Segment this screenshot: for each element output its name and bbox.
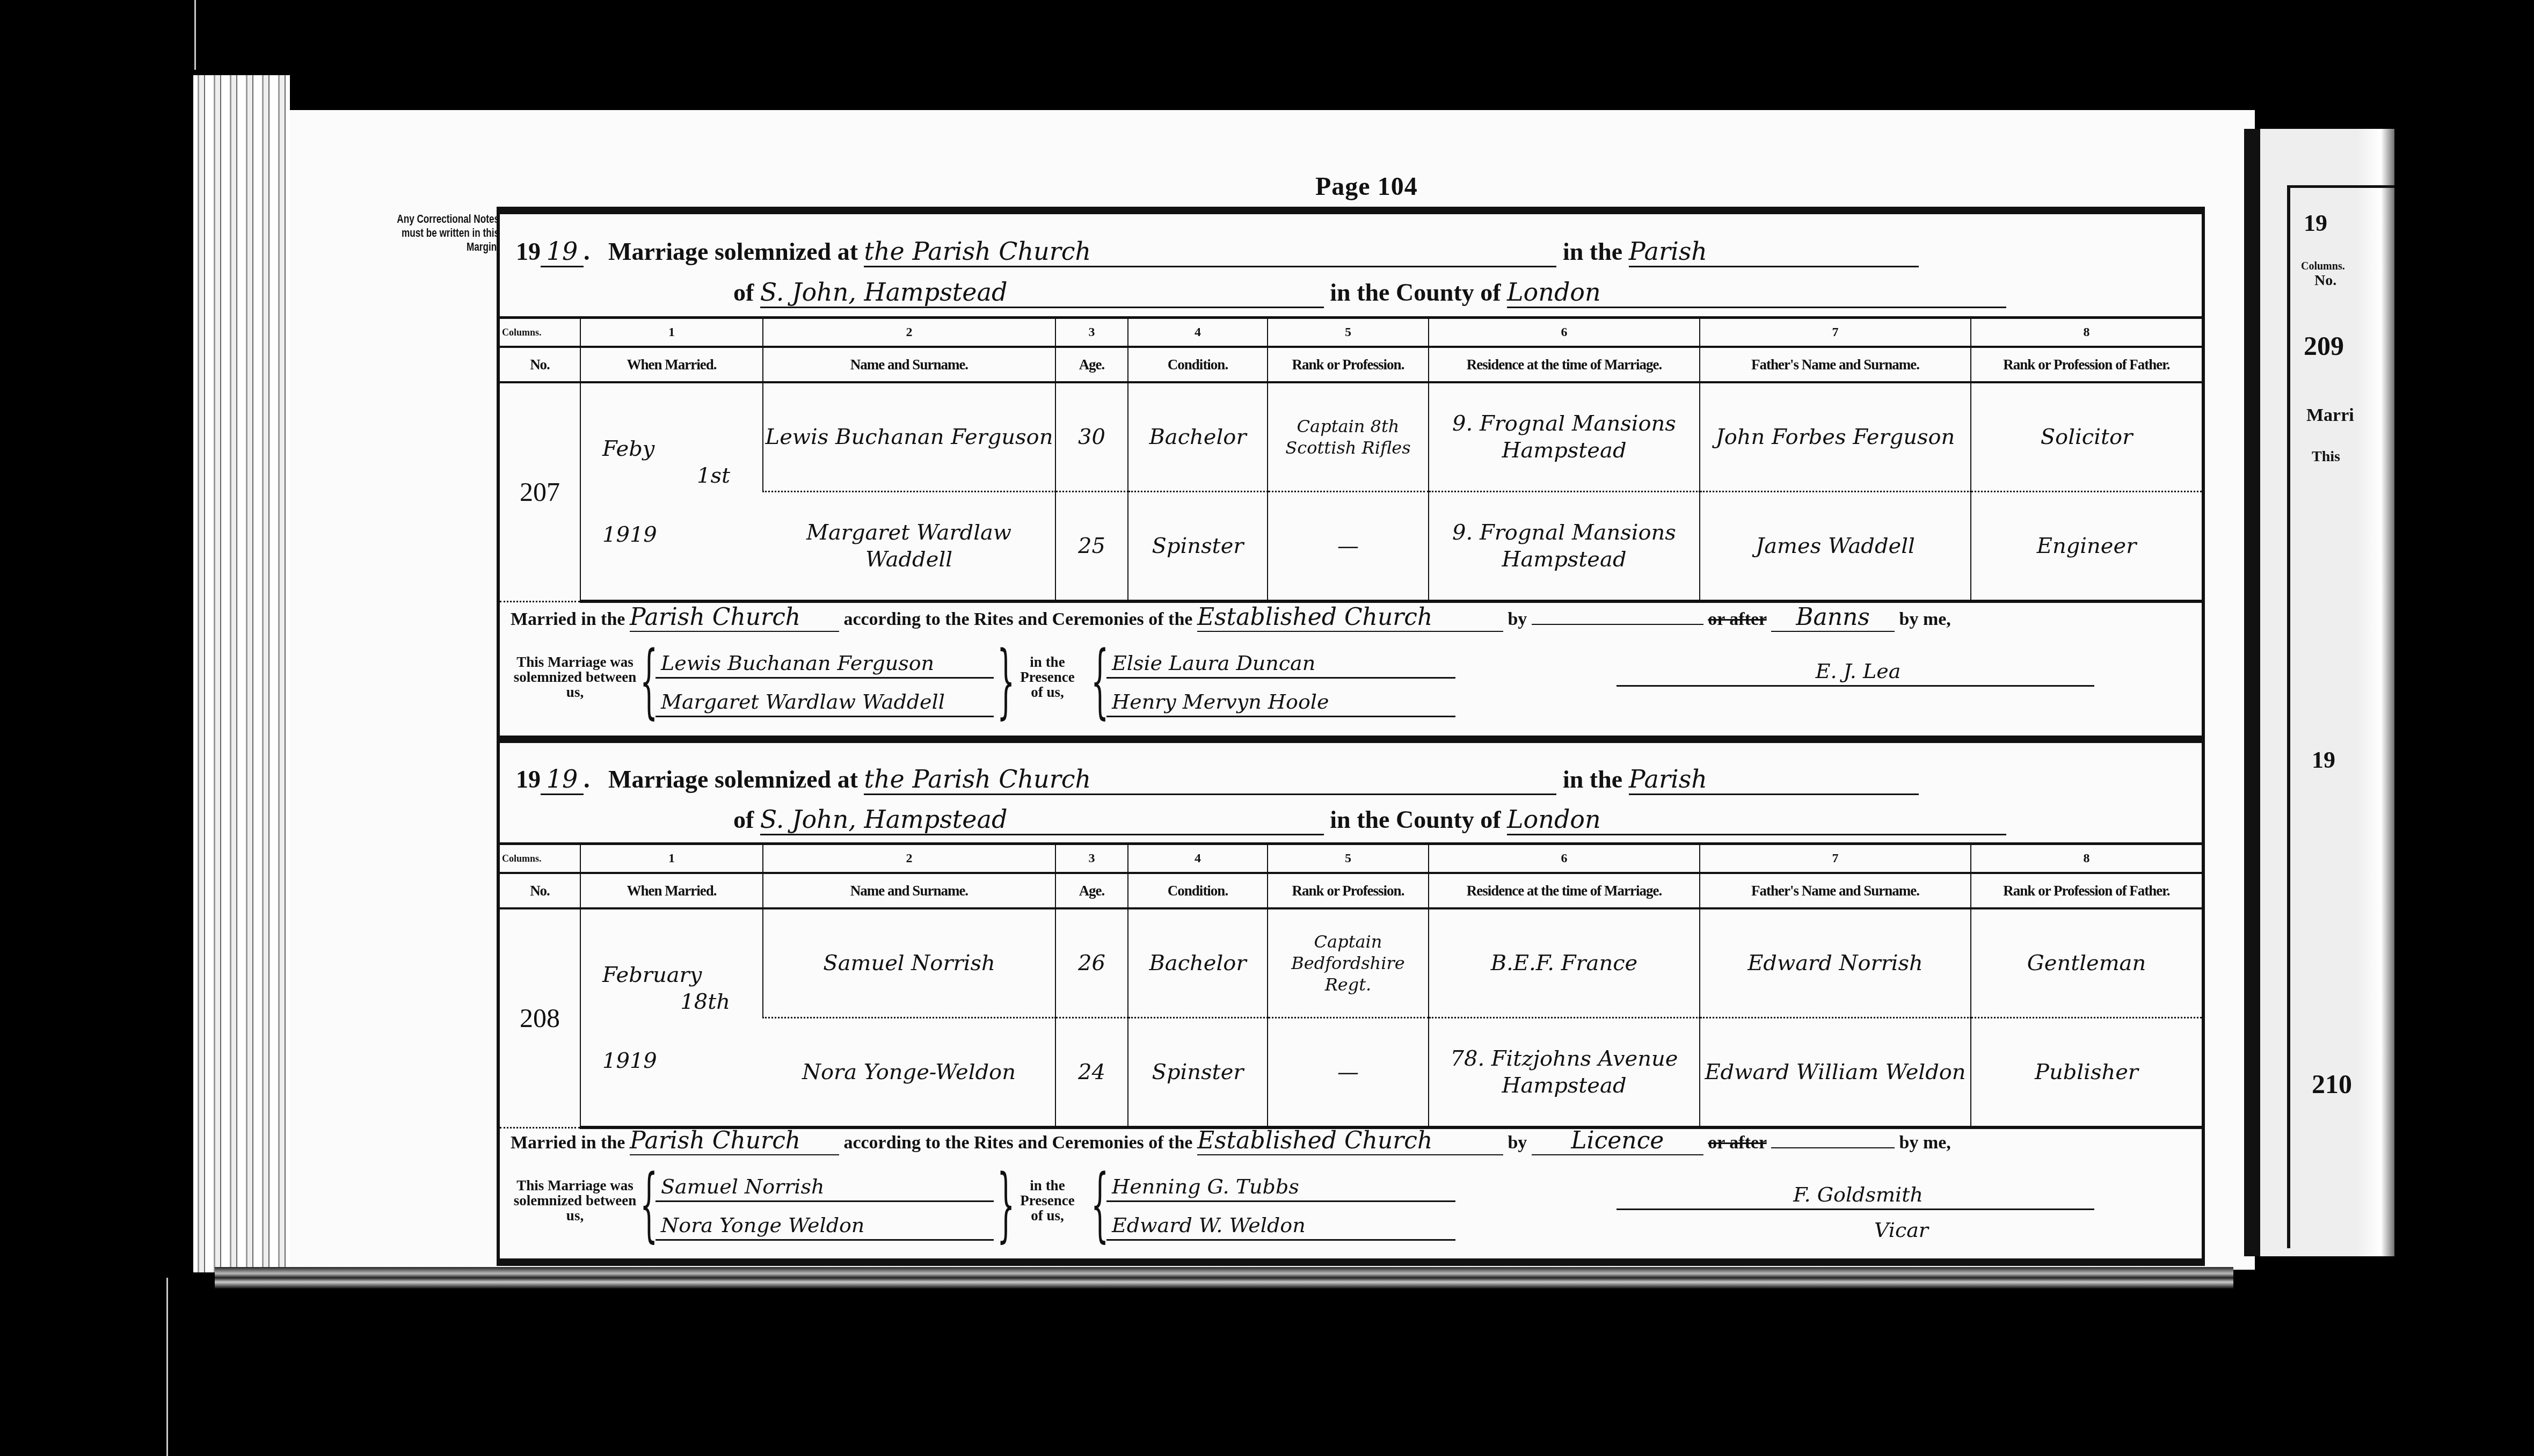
signature-block: This Marriage was solemnized between us,… <box>500 1167 2202 1248</box>
columns-label: Columns. <box>500 318 580 347</box>
column-numbers-row: Columns. 1 2 3 4 5 6 7 8 <box>500 318 2202 347</box>
witness-signature: Henry Mervyn Hoole <box>1106 688 1455 717</box>
scan-shadow <box>2394 0 2534 1456</box>
column-number: 6 <box>1429 318 1700 347</box>
marriage-entry: 1919. Marriage solemnized at the Parish … <box>497 207 2205 738</box>
adjacent-year: 19 <box>2304 209 2327 237</box>
label-or-after: or after <box>1708 609 1766 629</box>
adjacent-entry-number: 209 <box>2304 330 2344 361</box>
label-of: of <box>733 806 754 833</box>
adjacent-this-label: This <box>2312 448 2340 465</box>
married-in-field: Parish Church <box>630 1127 839 1155</box>
label-according-to: according to the Rites and Ceremonies of… <box>843 609 1192 629</box>
when-married-day: 18th <box>581 988 762 1015</box>
header-when-married: When Married. <box>580 347 763 382</box>
place-field: the Parish Church <box>864 765 1556 795</box>
adjacent-columns-label: Columns. <box>2301 260 2345 273</box>
adjacent-entry-number: 210 <box>2312 1068 2352 1100</box>
brace-icon: } <box>997 641 1015 722</box>
groom-condition: Bachelor <box>1128 908 1268 1018</box>
bride-father-name: James Waddell <box>1700 492 1971 602</box>
header-when-married: When Married. <box>580 873 763 908</box>
place-field: the Parish Church <box>864 237 1556 267</box>
bride-age: 25 <box>1055 492 1128 602</box>
of-field: S. John, Hampstead <box>760 805 1324 835</box>
groom-father-rank: Gentleman <box>1971 908 2202 1018</box>
background-crease <box>194 0 196 70</box>
column-number: 4 <box>1128 844 1268 873</box>
label-this-marriage: This Marriage was solemnized between us, <box>508 654 642 700</box>
header-no: No. <box>500 873 580 908</box>
year-suffix: 19 <box>541 765 584 795</box>
witness-signature: Henning G. Tubbs <box>1106 1173 1455 1202</box>
groom-rank: Captain Bedfordshire Regt. <box>1268 908 1429 1018</box>
header-age: Age. <box>1055 873 1128 908</box>
entry-heading-2: of S. John, Hampstead in the County of L… <box>733 805 2006 835</box>
book-page-edges <box>193 75 290 1272</box>
groom-condition: Bachelor <box>1128 382 1268 492</box>
of-field: S. John, Hampstead <box>760 278 1324 308</box>
when-married: February 18th 1919 <box>580 908 763 1127</box>
parish-field: Parish <box>1629 765 1919 795</box>
bride-residence: 78. Fitzjohns Avenue Hampstead <box>1429 1018 1700 1128</box>
when-married-year: 1919 <box>581 1047 762 1074</box>
header-name: Name and Surname. <box>763 347 1055 382</box>
or-after-field <box>1771 1147 1895 1148</box>
groom-residence: 9. Frognal Mansions Hampstead <box>1429 382 1700 492</box>
header-father-name: Father's Name and Surname. <box>1700 347 1971 382</box>
column-number: 7 <box>1700 318 1971 347</box>
entry-heading: 1919. Marriage solemnized at the Parish … <box>516 237 1919 267</box>
header-rank: Rank or Profession. <box>1268 347 1429 382</box>
married-in-line: Married in the Parish Church according t… <box>511 1127 1951 1155</box>
background-crease <box>166 1278 168 1456</box>
header-name: Name and Surname. <box>763 873 1055 908</box>
bride-condition: Spinster <box>1128 1018 1268 1128</box>
label-county: in the County of <box>1330 279 1501 306</box>
adjacent-married-label: Marri <box>2306 405 2354 426</box>
label-in-presence: in the Presence of us, <box>1015 654 1080 700</box>
header-father-rank: Rank or Profession of Father. <box>1971 347 2202 382</box>
parish-field: Parish <box>1629 237 1919 267</box>
bride-signature: Margaret Wardlaw Waddell <box>656 688 994 717</box>
groom-rank: Captain 8th Scottish Rifles <box>1268 382 1429 492</box>
bride-rank: — <box>1268 1018 1429 1128</box>
entry-number: 207 <box>500 382 580 601</box>
groom-signature: Lewis Buchanan Ferguson <box>656 649 994 679</box>
groom-residence: B.E.F. France <box>1429 908 1700 1018</box>
officiant-signature: E. J. Lea <box>1616 657 2094 687</box>
header-father-name: Father's Name and Surname. <box>1700 873 1971 908</box>
county-field: London <box>1507 278 2006 308</box>
year-suffix: 19 <box>541 237 584 267</box>
bride-signature: Nora Yonge Weldon <box>656 1211 994 1241</box>
bride-condition: Spinster <box>1128 492 1268 602</box>
column-number: 8 <box>1971 318 2202 347</box>
label-in-the: in the <box>1563 766 1622 793</box>
label-by-me: by me, <box>1899 609 1951 629</box>
by-field <box>1532 624 1703 625</box>
groom-name: Lewis Buchanan Ferguson <box>763 382 1055 492</box>
county-field: London <box>1507 805 2006 835</box>
groom-signature: Samuel Norrish <box>656 1173 994 1202</box>
bride-name: Margaret Wardlaw Waddell <box>763 492 1055 602</box>
header-father-rank: Rank or Profession of Father. <box>1971 873 2202 908</box>
groom-father-name: Edward Norrish <box>1700 908 1971 1018</box>
bride-father-name: Edward William Weldon <box>1700 1018 1971 1128</box>
header-no: No. <box>500 347 580 382</box>
header-residence: Residence at the time of Marriage. <box>1429 347 1700 382</box>
label-by: by <box>1508 609 1527 629</box>
label-solemnized: Marriage solemnized at <box>608 766 858 793</box>
witness-signature: Elsie Laura Duncan <box>1106 649 1455 679</box>
column-number: 7 <box>1700 844 1971 873</box>
columns-label: Columns. <box>500 844 580 873</box>
adjacent-page-frame: 19 Columns. No. 209 Marri This 19 210 <box>2287 185 2398 1248</box>
label-by-me: by me, <box>1899 1133 1951 1153</box>
bride-rank: — <box>1268 492 1429 602</box>
header-condition: Condition. <box>1128 873 1268 908</box>
label-county: in the County of <box>1330 806 1501 833</box>
column-numbers-row: Columns. 1 2 3 4 5 6 7 8 <box>500 844 2202 873</box>
bride-age: 24 <box>1055 1018 1128 1128</box>
table-row-groom: 208 February 18th 1919 Samuel Norrish 26… <box>500 908 2202 1018</box>
column-number: 5 <box>1268 318 1429 347</box>
or-after-field: Banns <box>1771 603 1895 632</box>
bride-residence: 9. Frognal Mansions Hampstead <box>1429 492 1700 602</box>
groom-name: Samuel Norrish <box>763 908 1055 1018</box>
signature-block: This Marriage was solemnized between us,… <box>500 644 2202 724</box>
groom-age: 26 <box>1055 908 1128 1018</box>
label-in-presence: in the Presence of us, <box>1015 1178 1080 1223</box>
bride-father-rank: Publisher <box>1971 1018 2202 1128</box>
adjacent-no-label: No. <box>2314 272 2336 289</box>
rites-field: Established Church <box>1197 1127 1503 1155</box>
witness-signature: Edward W. Weldon <box>1106 1211 1455 1241</box>
column-number: 5 <box>1268 844 1429 873</box>
book-bottom-edge <box>215 1267 2233 1288</box>
column-headers-row: No. When Married. Name and Surname. Age.… <box>500 873 2202 908</box>
when-married-day: 1st <box>581 462 762 489</box>
column-number: 8 <box>1971 844 2202 873</box>
header-residence: Residence at the time of Marriage. <box>1429 873 1700 908</box>
column-number: 3 <box>1055 318 1128 347</box>
label-of: of <box>733 279 754 306</box>
page-number: Page 104 <box>1315 172 1418 201</box>
label-or-after: or after <box>1708 1133 1766 1153</box>
entry-heading-2: of S. John, Hampstead in the County of L… <box>733 278 2006 308</box>
margin-note: Any Correctional Notes must be written i… <box>395 212 499 254</box>
year-prefix: 19 <box>516 766 541 793</box>
column-number: 3 <box>1055 844 1128 873</box>
label-solemnized: Marriage solemnized at <box>608 238 858 265</box>
groom-father-rank: Solicitor <box>1971 382 2202 492</box>
column-headers-row: No. When Married. Name and Surname. Age.… <box>500 347 2202 382</box>
bride-name: Nora Yonge-Weldon <box>763 1018 1055 1128</box>
married-in-line: Married in the Parish Church according t… <box>511 603 1951 632</box>
officiant-title: Vicar <box>1874 1218 1928 1242</box>
when-married: Feby 1st 1919 <box>580 382 763 601</box>
groom-father-name: John Forbes Ferguson <box>1700 382 1971 492</box>
column-number: 4 <box>1128 318 1268 347</box>
marriage-entry: 1919. Marriage solemnized at the Parish … <box>497 736 2205 1266</box>
bride-father-rank: Engineer <box>1971 492 2202 602</box>
married-in-field: Parish Church <box>630 603 839 632</box>
label-according-to: according to the Rites and Ceremonies of… <box>843 1133 1192 1153</box>
adjacent-year: 19 <box>2312 746 2335 774</box>
header-rank: Rank or Profession. <box>1268 873 1429 908</box>
brace-icon: } <box>997 1164 1015 1245</box>
register-table: Columns. 1 2 3 4 5 6 7 8 No. When Marrie… <box>500 316 2202 603</box>
column-number: 6 <box>1429 844 1700 873</box>
officiant-signature: F. Goldsmith <box>1616 1181 2094 1210</box>
when-married-year: 1919 <box>581 521 762 548</box>
column-number: 2 <box>763 318 1055 347</box>
label-in-the: in the <box>1563 238 1622 265</box>
entry-heading: 1919. Marriage solemnized at the Parish … <box>516 765 1919 795</box>
header-condition: Condition. <box>1128 347 1268 382</box>
rites-field: Established Church <box>1197 603 1503 632</box>
label-by: by <box>1508 1133 1527 1153</box>
column-number: 1 <box>580 844 763 873</box>
groom-age: 30 <box>1055 382 1128 492</box>
label-married-in: Married in the <box>511 1133 625 1153</box>
when-married-month: February <box>581 962 762 988</box>
header-age: Age. <box>1055 347 1128 382</box>
entry-number: 208 <box>500 908 580 1127</box>
column-number: 2 <box>763 844 1055 873</box>
when-married-month: Feby <box>581 435 762 462</box>
year-prefix: 19 <box>516 238 541 265</box>
column-number: 1 <box>580 318 763 347</box>
label-married-in: Married in the <box>511 609 625 629</box>
by-field: Licence <box>1532 1127 1703 1155</box>
table-row-groom: 207 Feby 1st 1919 Lewis Buchanan Ferguso… <box>500 382 2202 492</box>
register-table: Columns. 1 2 3 4 5 6 7 8 No. When Marrie… <box>500 842 2202 1129</box>
label-this-marriage: This Marriage was solemnized between us, <box>508 1178 642 1223</box>
